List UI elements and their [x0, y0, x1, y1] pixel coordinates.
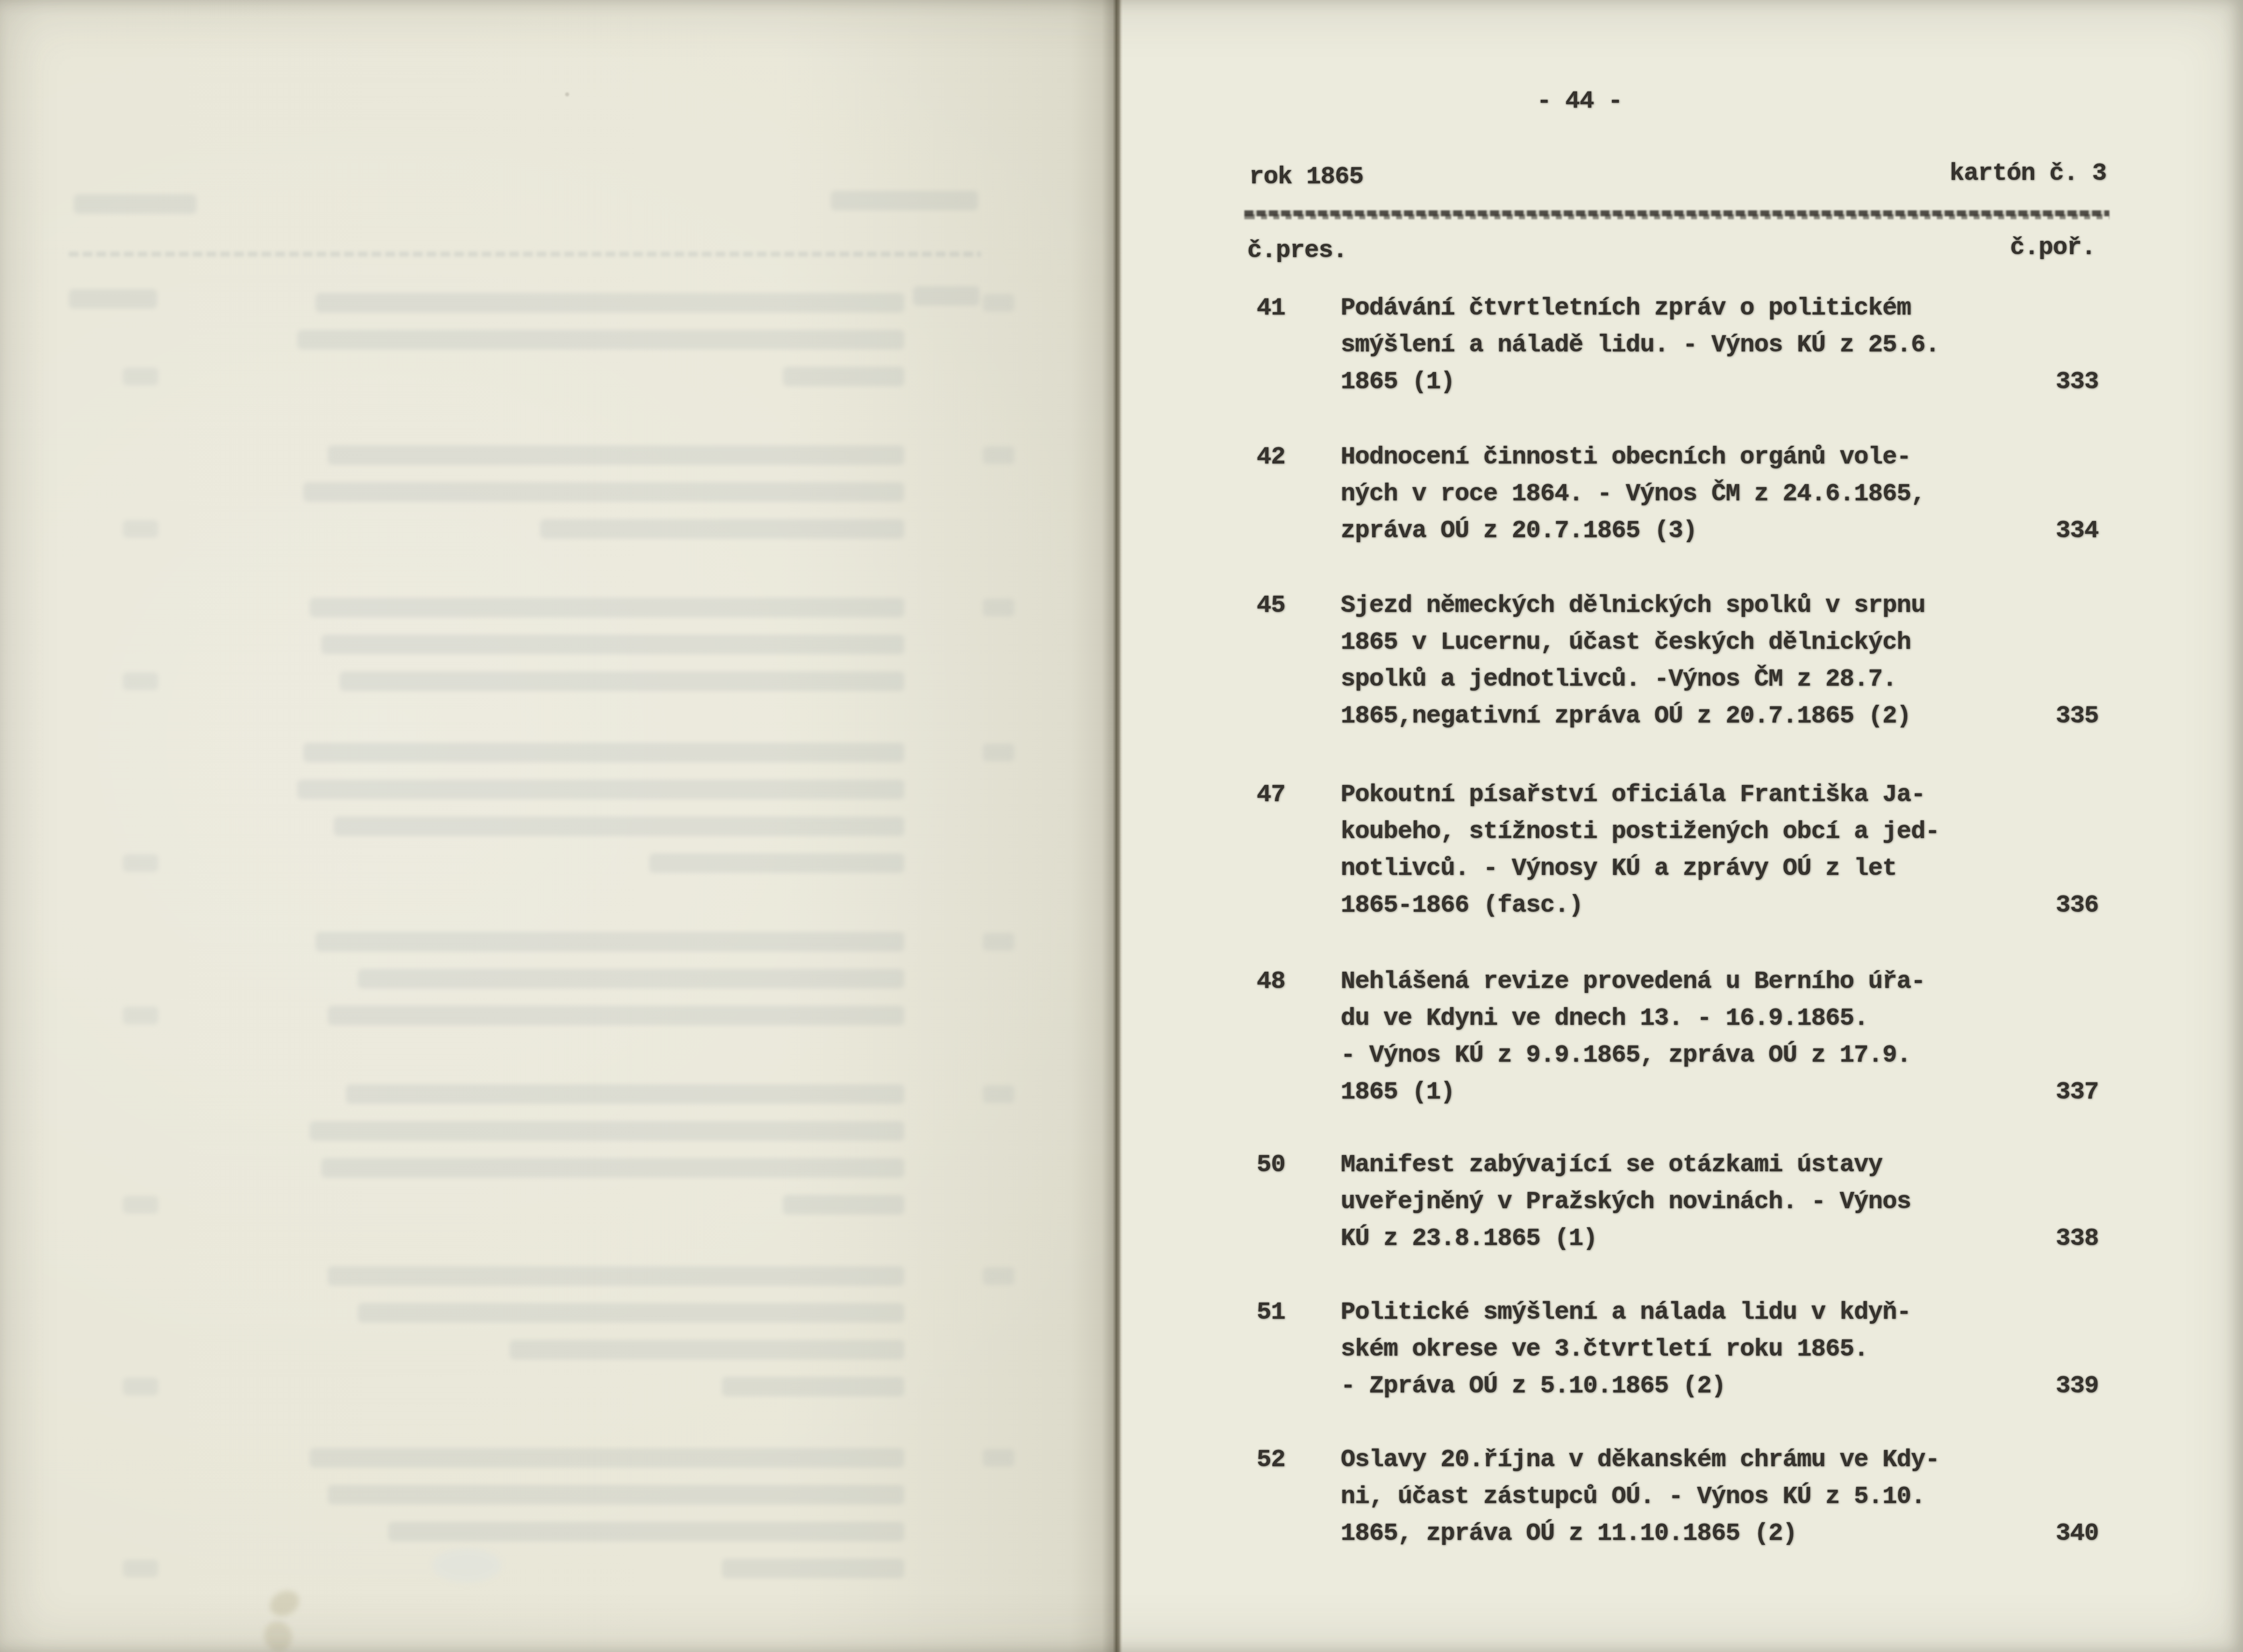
entry-description-line: smýšlení a náladě lidu. - Výnos KÚ z 25.… [1341, 327, 1939, 364]
ghost-order-number [123, 1560, 158, 1577]
ghost-entry-number [983, 1085, 1014, 1103]
ghost-order-number [123, 1378, 158, 1395]
ghost-text-line [722, 1377, 904, 1396]
entry-description: Hodnocení činnosti obecních orgánů vole-… [1341, 439, 1925, 550]
ghost-text-line [358, 1303, 904, 1323]
entry-description-line: Podávání čtvrtletních zpráv o politickém [1341, 290, 1939, 327]
paper-speck [565, 92, 569, 96]
entry-description: Pokoutní písařství oficiála Františka Ja… [1341, 777, 1939, 924]
ghost-entry-number [983, 446, 1014, 464]
entry-description: Podávání čtvrtletních zpráv o politickém… [1341, 290, 1939, 401]
entry-description: Sjezd německých dělnických spolků v srpn… [1341, 587, 1925, 735]
entry-description-line: 1865, zpráva OÚ z 11.10.1865 (2) [1341, 1515, 1939, 1552]
entry-description-line: KÚ z 23.8.1865 (1) [1341, 1220, 1911, 1257]
entry-order-number: 340 [2056, 1515, 2099, 1552]
ghost-text-line [334, 816, 904, 836]
entry-order-number: 335 [2056, 698, 2099, 735]
ghost-text-line [649, 853, 904, 873]
entry-description-line: Hodnocení činnosti obecních orgánů vole- [1341, 439, 1925, 476]
ghost-text-line [346, 1084, 904, 1104]
entry-order-number: 334 [2056, 513, 2099, 550]
entry-order-number: 338 [2056, 1220, 2099, 1257]
entry-description-line: ni, účast zástupců OÚ. - Výnos KÚ z 5.10… [1341, 1478, 1939, 1515]
ghost-text-line [340, 671, 904, 691]
ghost-text-line [358, 969, 904, 988]
ghost-entry-number [983, 599, 1014, 616]
entry-presentation-number: 51 [1257, 1294, 1285, 1331]
ghost-text-line [297, 330, 904, 349]
right-page: - 44 - rok 1865 kartón č. 3 č.pres. č.po… [1122, 0, 2243, 1652]
paper-smudge [260, 1617, 296, 1652]
entry-description: Oslavy 20.října v děkanském chrámu ve Kd… [1341, 1442, 1939, 1552]
column-header-presentation-number: č.pres. [1247, 237, 1347, 265]
paper-stain [432, 1548, 501, 1583]
entry-description-line: spolků a jednotlivců. -Výnos ČM z 28.7. [1341, 661, 1925, 698]
ghost-text-line [388, 1522, 904, 1541]
ghost-text-line [328, 1266, 904, 1286]
ghost-text-line [303, 482, 904, 502]
entry-presentation-number: 50 [1257, 1147, 1285, 1184]
entry-description-line: 1865 (1) [1341, 364, 1939, 401]
page-number: - 44 - [1537, 87, 1622, 116]
entry-presentation-number: 48 [1257, 963, 1285, 1000]
entry-description: Politické smýšlení a nálada lidu v kdyň-… [1341, 1294, 1911, 1405]
ghost-text-line [297, 780, 904, 799]
paper-smudge [265, 1586, 303, 1621]
entry-description-line: Sjezd německých dělnických spolků v srpn… [1341, 587, 1925, 624]
ghost-entry-number [983, 933, 1014, 951]
ghost-order-number [123, 1196, 158, 1214]
entry-order-number: 336 [2056, 887, 2099, 924]
ghost-column-header [913, 286, 979, 306]
ghost-text-line [316, 932, 904, 952]
ghost-order-number [123, 1007, 158, 1024]
entry-description-line: 1865 (1) [1341, 1074, 1925, 1111]
entry-description-line: ných v roce 1864. - Výnos ČM z 24.6.1865… [1341, 476, 1925, 513]
entry-description-line: uveřejněný v Pražských novinách. - Výnos [1341, 1184, 1911, 1220]
entry-description-line: 1865-1866 (fasc.) [1341, 887, 1939, 924]
ghost-order-number [123, 672, 158, 690]
ghost-text-line [328, 1006, 904, 1025]
entry-description-line: Manifest zabývající se otázkami ústavy [1341, 1147, 1911, 1184]
entry-description-line: Pokoutní písařství oficiála Františka Ja… [1341, 777, 1939, 813]
ghost-text-line [321, 1158, 904, 1178]
entry-presentation-number: 41 [1257, 290, 1285, 327]
entry-description-line: koubeho, stížnosti postižených obcí a je… [1341, 813, 1939, 850]
ghost-text-line [783, 1195, 904, 1215]
ghost-text-line [321, 635, 904, 654]
column-header-order-number: č.poř. [2010, 234, 2096, 262]
entry-order-number: 339 [2056, 1368, 2099, 1405]
entry-description-line: Politické smýšlení a nálada lidu v kdyň- [1341, 1294, 1911, 1331]
ghost-header-text [831, 191, 978, 210]
entry-presentation-number: 47 [1257, 777, 1285, 813]
carton-number-label: kartón č. 3 [1950, 160, 2106, 188]
ghost-entry-number [983, 1449, 1014, 1467]
ghost-text-line [328, 1485, 904, 1505]
entry-description-line: 1865,negativní zpráva OÚ z 20.7.1865 (2) [1341, 698, 1925, 735]
ghost-text-line [316, 293, 904, 313]
ghost-entry-number [983, 1267, 1014, 1285]
entry-description-line: Nehlášená revize provedená u Berního úřa… [1341, 963, 1925, 1000]
ghost-text-line [510, 1340, 904, 1360]
entry-description-line: - Zpráva OÚ z 5.10.1865 (2) [1341, 1368, 1911, 1405]
ghost-order-number [123, 854, 158, 872]
ghost-entry-number [983, 294, 1014, 312]
entry-description: Nehlášená revize provedená u Berního úřa… [1341, 963, 1925, 1111]
typed-separator-rule [1244, 208, 2109, 221]
ghost-text-line [303, 743, 904, 762]
ghost-separator-rule [69, 252, 981, 257]
entry-description-line: zpráva OÚ z 20.7.1865 (3) [1341, 513, 1925, 550]
ghost-order-number [123, 520, 158, 538]
ghost-text-line [783, 367, 904, 386]
entry-description: Manifest zabývající se otázkami ústavyuv… [1341, 1147, 1911, 1257]
entry-description-line: Oslavy 20.října v děkanském chrámu ve Kd… [1341, 1442, 1939, 1478]
ghost-header-text [74, 194, 197, 214]
entry-order-number: 337 [2056, 1074, 2099, 1111]
entry-order-number: 333 [2056, 364, 2099, 401]
entry-description-line: notlivců. - Výnosy KÚ a zprávy OÚ z let [1341, 850, 1939, 887]
ghost-text-line [540, 519, 904, 539]
ghost-entry-number [983, 744, 1014, 761]
ghost-column-header [69, 289, 157, 309]
ghost-text-line [310, 1448, 904, 1468]
entry-description-line: du ve Kdyni ve dnech 13. - 16.9.1865. [1341, 1000, 1925, 1037]
ghost-text-line [310, 1121, 904, 1141]
entry-presentation-number: 45 [1257, 587, 1285, 624]
ghost-text-line [722, 1559, 904, 1578]
entry-description-line: ském okrese ve 3.čtvrtletí roku 1865. [1341, 1331, 1911, 1368]
book-spread: - 44 - rok 1865 kartón č. 3 č.pres. č.po… [0, 0, 2243, 1652]
entry-description-line: 1865 v Lucernu, účast českých dělnických [1341, 624, 1925, 661]
entry-presentation-number: 52 [1257, 1442, 1285, 1478]
year-label: rok 1865 [1249, 163, 1363, 191]
entry-description-line: - Výnos KÚ z 9.9.1865, zpráva OÚ z 17.9. [1341, 1037, 1925, 1074]
ghost-order-number [123, 368, 158, 385]
left-page [0, 0, 1116, 1652]
entry-presentation-number: 42 [1257, 439, 1285, 476]
ghost-text-line [310, 598, 904, 617]
ghost-text-line [328, 445, 904, 465]
